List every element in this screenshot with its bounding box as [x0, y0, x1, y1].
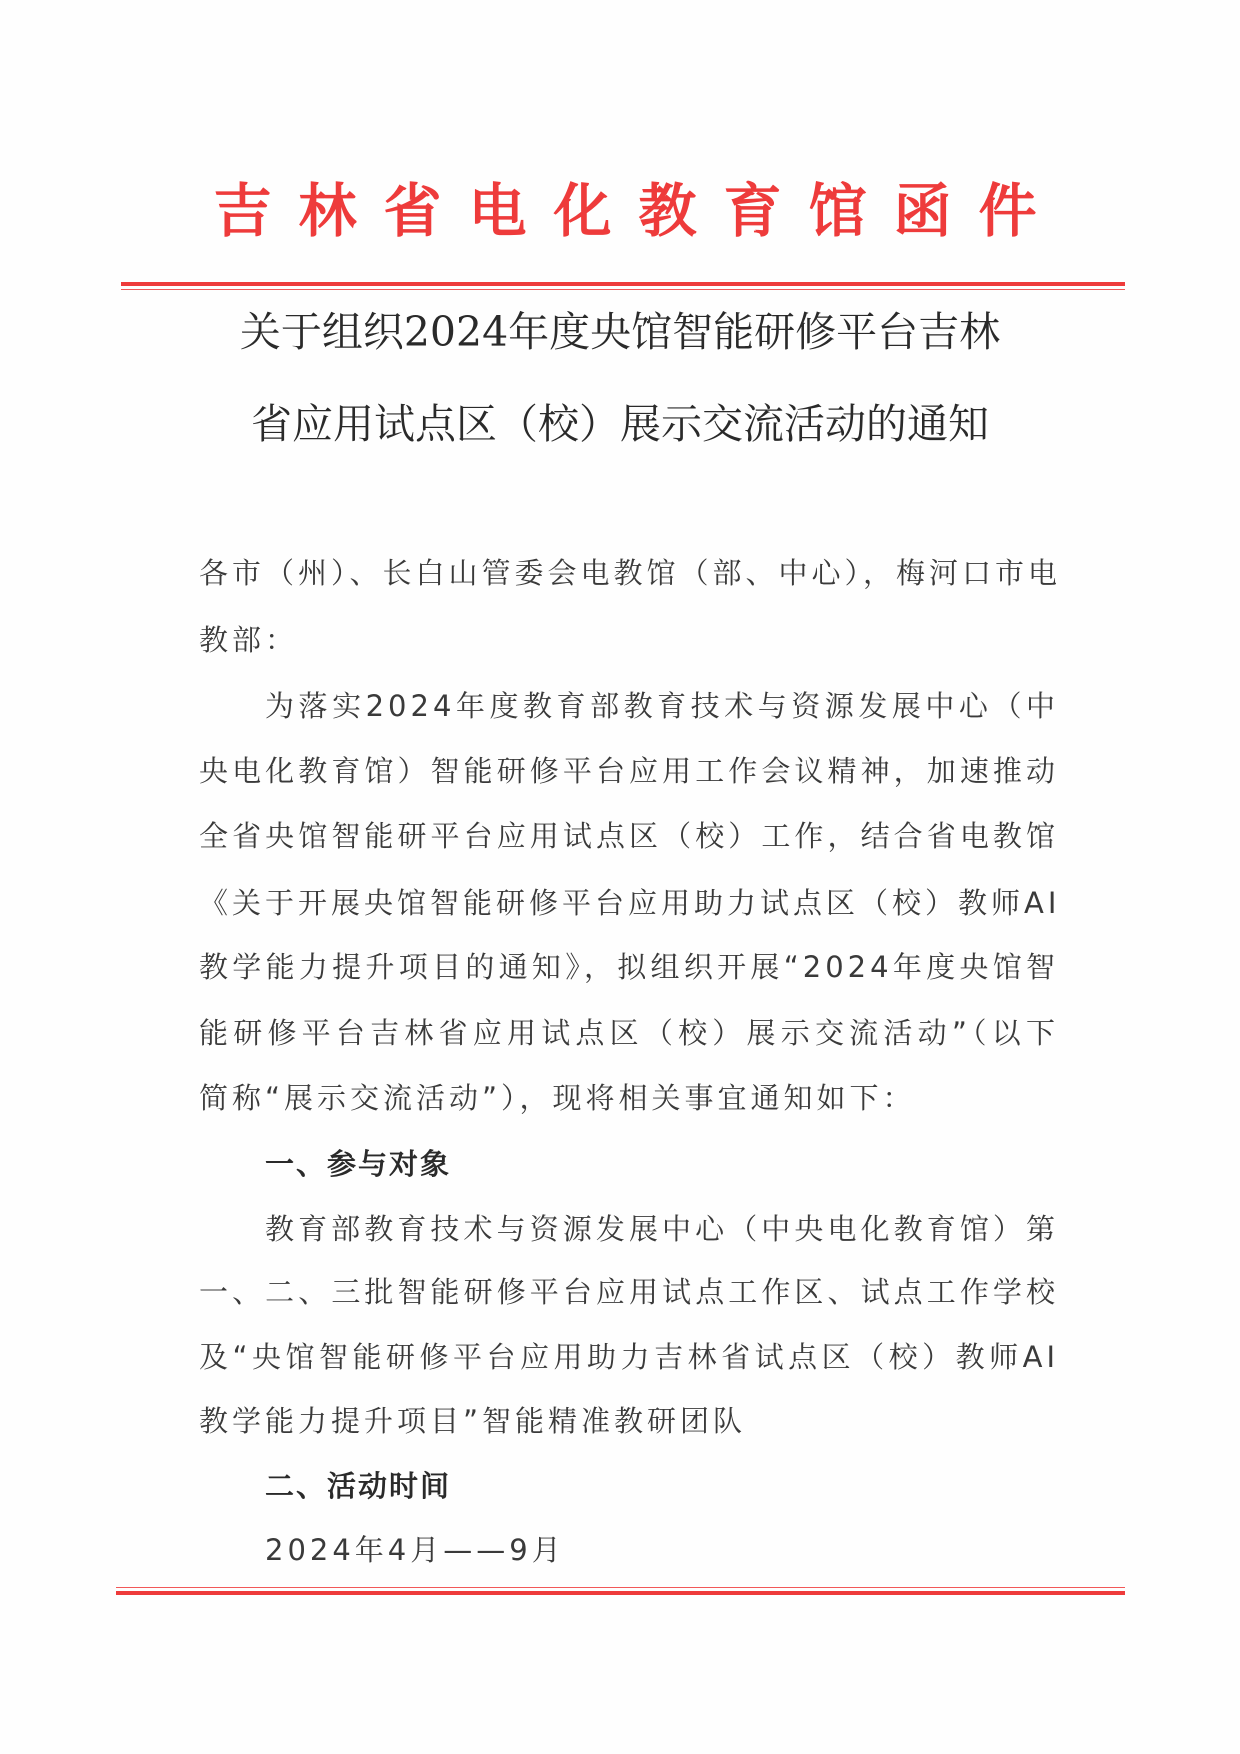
document-title-line-2: 省应用试点区（校）展示交流活动的通知	[150, 399, 1090, 449]
intro-line-6: 能研修平台吉林省应用试点区（校）展示交流活动”（以下	[199, 1013, 1059, 1053]
divider-thick-line	[116, 1591, 1125, 1595]
letterhead-title: 吉林省电化教育馆函件	[120, 176, 1130, 246]
activity-time-value: 2024年4月——9月	[265, 1530, 1059, 1570]
letterhead-divider-top	[121, 282, 1125, 290]
intro-line-3: 全省央馆智能研平台应用试点区（校）工作，结合省电教馆	[199, 816, 1059, 856]
intro-line-2: 央电化教育馆）智能研修平台应用工作会议精神，加速推动	[199, 751, 1059, 791]
intro-line-4: 《关于开展央馆智能研修平台应用助力试点区（校）教师AI	[199, 883, 1059, 923]
divider-thin-line	[121, 289, 1125, 290]
participants-line-2: 一、二、三批智能研修平台应用试点工作区、试点工作学校	[199, 1272, 1059, 1312]
participants-line-1: 教育部教育技术与资源发展中心（中央电化教育馆）第	[265, 1209, 1059, 1249]
participants-line-4: 教学能力提升项目”智能精准教研团队	[199, 1401, 1059, 1441]
participants-line-3: 及“央馆智能研修平台应用助力吉林省试点区（校）教师AI	[199, 1337, 1059, 1377]
intro-line-1: 为落实2024年度教育部教育技术与资源发展中心（中	[265, 686, 1059, 726]
salutation-line-2: 教部：	[199, 620, 1059, 660]
intro-line-7: 简称“展示交流活动”），现将相关事宜通知如下：	[199, 1078, 1059, 1118]
document-page: 吉林省电化教育馆函件 关于组织2024年度央馆智能研修平台吉林 省应用试点区（校…	[0, 0, 1240, 1754]
section-heading-time: 二、活动时间	[265, 1466, 451, 1506]
salutation-line-1: 各市（州）、长白山管委会电教馆（部、中心），梅河口市电	[199, 553, 1059, 593]
page-divider-bottom	[116, 1587, 1125, 1595]
divider-thin-line	[116, 1587, 1125, 1588]
divider-thick-line	[121, 282, 1125, 286]
intro-line-5: 教学能力提升项目的通知》，拟组织开展“2024年度央馆智	[199, 947, 1059, 987]
document-title-line-1: 关于组织2024年度央馆智能研修平台吉林	[150, 307, 1090, 357]
section-heading-participants: 一、参与对象	[265, 1144, 451, 1184]
